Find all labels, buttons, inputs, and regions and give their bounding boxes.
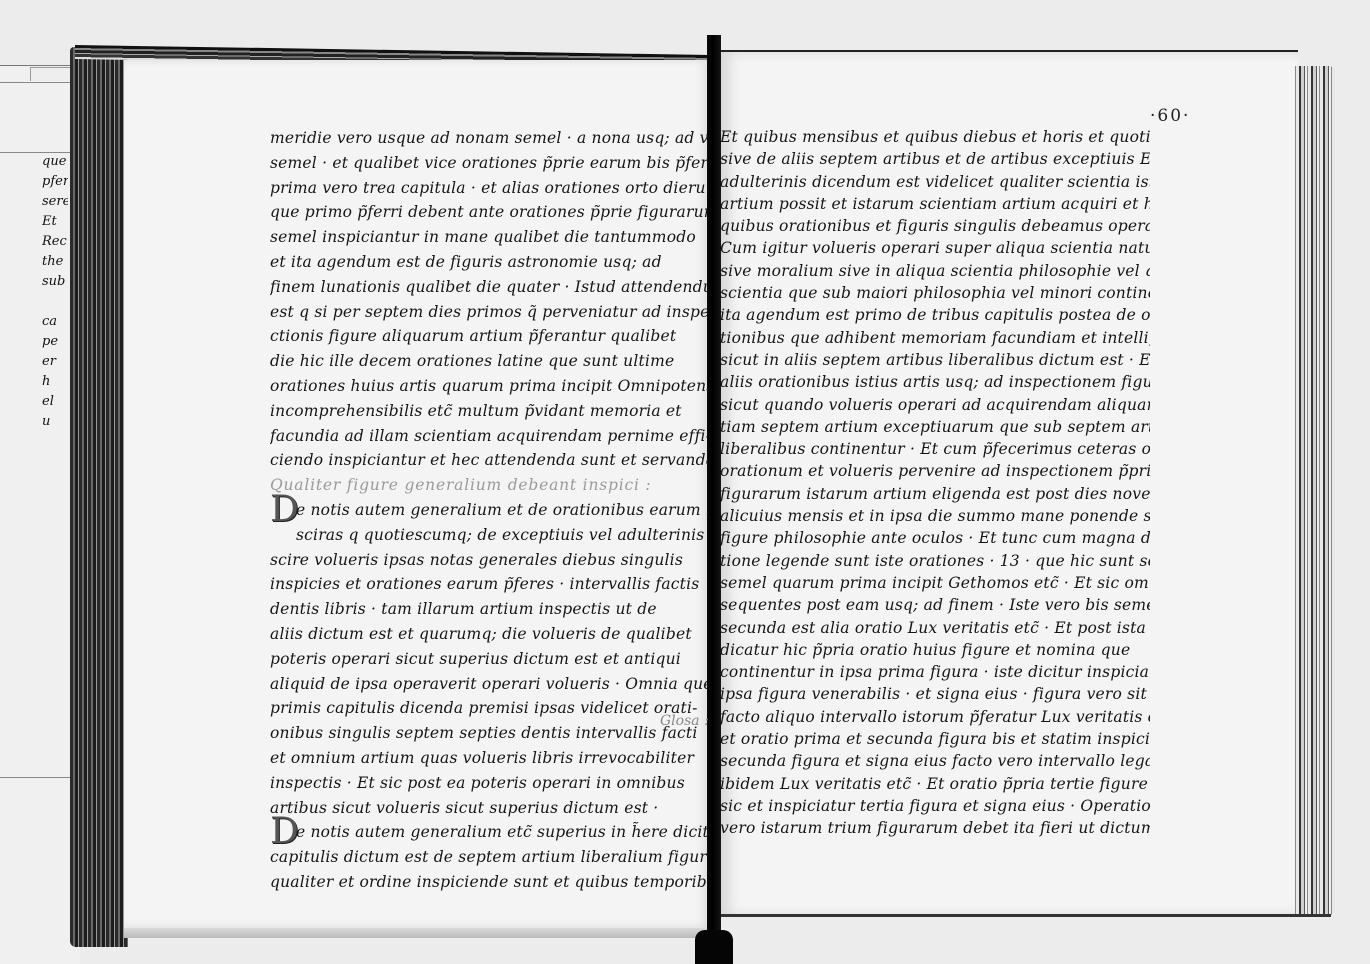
text-line: et ita agendum est de figuris astronomie…: [270, 250, 708, 275]
text-line: facto aliquo intervallo istorum p̃feratu…: [720, 706, 1150, 728]
text-line: ipsa figura venerabilis · et signa eius …: [720, 683, 1150, 705]
rubric-heading: Qualiter figure generalium debeant inspi…: [270, 473, 708, 498]
underlying-folio-rule: [0, 152, 80, 153]
text-line: ibidem Lux veritatis etc̃ · Et oratio p̃…: [720, 773, 1150, 795]
text-line: et oratio prima et secunda figura bis et…: [720, 728, 1150, 750]
underlying-folio: [0, 65, 80, 964]
text-line: primis capitulis dicenda premisi ipsas v…: [270, 696, 708, 721]
text-line: figure philosophie ante oculos · Et tunc…: [720, 527, 1150, 549]
text-line: tione legende sunt iste orationes · 13 ·…: [720, 550, 1150, 572]
text-line: dentis libris · tam illarum artium inspe…: [270, 597, 708, 622]
text-line: onibus singulis septem septies dentis in…: [270, 721, 708, 746]
text-line: est q si per septem dies primos q̃ perve…: [270, 300, 708, 325]
text-line: ciendo inspiciantur et hec attendenda su…: [270, 448, 708, 473]
text-line: meridie vero usque ad nonam semel · a no…: [270, 126, 708, 151]
text-line: De notis autem generalium etc̃ superius …: [270, 820, 708, 845]
right-page-bottom-edge: [721, 914, 1331, 917]
book-gutter-foot: [695, 930, 733, 964]
book-gutter: [707, 35, 721, 940]
decorated-initial: D: [270, 820, 292, 844]
left-page-bottom-edge: [124, 928, 710, 938]
text-line: Cum igitur volueris operari super aliqua…: [720, 237, 1150, 259]
text-line: sicut in aliis septem artibus liberalibu…: [720, 349, 1150, 371]
text-line: die hic ille decem orationes latine que …: [270, 349, 708, 374]
text-line: poteris operari sicut superius dictum es…: [270, 647, 708, 672]
text-line: De notis autem generalium et de orationi…: [270, 498, 708, 523]
text-line: sive moralium sive in aliqua scientia ph…: [720, 260, 1150, 282]
underlying-folio-rule: [0, 82, 80, 83]
left-page-edges: [70, 47, 128, 947]
text-line: capitulis dictum est de septem artium li…: [270, 845, 708, 870]
text-line: scire volueris ipsas notas generales die…: [270, 548, 708, 573]
text-line: liberalibus continentur · Et cum p̃fecer…: [720, 438, 1150, 460]
text-line: semel · et qualibet vice orationes p̃pri…: [270, 151, 708, 176]
text-line: incomprehensibilis etc̃ multum p̃vidant …: [270, 399, 708, 424]
text-line: inspicies et orationes earum p̃feres · i…: [270, 572, 708, 597]
text-line: aliis dictum est et quarumq; die volueri…: [270, 622, 708, 647]
right-page-text: Et quibus mensibus et quibus diebus et h…: [720, 126, 1150, 840]
text-line: ita agendum est primo de tribus capituli…: [720, 304, 1150, 326]
text-line: secunda est alia oratio Lux veritatis et…: [720, 617, 1150, 639]
text-line: que primo p̃ferri debent ante orationes …: [270, 200, 708, 225]
text-line: figurarum istarum artium eligenda est po…: [720, 483, 1150, 505]
text-line: sciras q quotiescumq; de exceptiuis vel …: [270, 523, 708, 548]
text-line: et omnium artium quas volueris libris ir…: [270, 746, 708, 771]
underlying-folio-text: que p pfer sere Et Rec the sub ca pe er …: [42, 152, 68, 432]
folio-number: ·60·: [1150, 106, 1190, 126]
text-line: ctionis figure aliquarum artium p̃ferant…: [270, 324, 708, 349]
text-line: dicatur hic p̃pria oratio huius figure e…: [720, 639, 1150, 661]
text-line: tiam septem artium exceptiuarum que sub …: [720, 416, 1150, 438]
text-line: orationum et volueris pervenire ad inspe…: [720, 460, 1150, 482]
underlying-folio-tab: [30, 67, 72, 81]
text-line: continentur in ipsa prima figura · iste …: [720, 661, 1150, 683]
decorated-initial: D: [270, 498, 292, 522]
text-line: adulterinis dicendum est videlicet quali…: [720, 171, 1150, 193]
text-line: sic et inspiciatur tertia figura et sign…: [720, 795, 1150, 817]
text-line: tionibus que adhibent memoriam facundiam…: [720, 327, 1150, 349]
text-line: orationes huius artis quarum prima incip…: [270, 374, 708, 399]
text-line: sequentes post eam usq; ad finem · Iste …: [720, 594, 1150, 616]
text-line: inspectis · Et sic post ea poteris opera…: [270, 771, 708, 796]
text-line: artium possit et istarum scientiam artiu…: [720, 193, 1150, 215]
text-line: Et quibus mensibus et quibus diebus et h…: [720, 126, 1150, 148]
text-line: sicut quando volueris operari ad acquire…: [720, 394, 1150, 416]
text-line: quibus orationibus et figuris singulis d…: [720, 215, 1150, 237]
text-line: aliis orationibus istius artis usq; ad i…: [720, 371, 1150, 393]
left-page-text: meridie vero usque ad nonam semel · a no…: [270, 126, 708, 895]
text-line: finem lunationis qualibet die quater · I…: [270, 275, 708, 300]
text-line: sive de aliis septem artibus et de artib…: [720, 148, 1150, 170]
text-line: aliquid de ipsa operaverit operari volue…: [270, 672, 708, 697]
text-line: scientia que sub maiori philosophia vel …: [720, 282, 1150, 304]
text-line: artibus sicut volueris sicut superius di…: [270, 796, 708, 821]
text-line: prima vero trea capitula · et alias orat…: [270, 176, 708, 201]
right-page-edges: [1295, 66, 1335, 916]
text-line: semel inspiciantur in mane qualibet die …: [270, 225, 708, 250]
text-line: secunda figura et signa eius facto vero …: [720, 750, 1150, 772]
underlying-folio-rule: [0, 777, 80, 778]
text-line: qualiter et ordine inspiciende sunt et q…: [270, 870, 708, 895]
marginal-gloss: Glosa :: [660, 713, 709, 729]
text-line: facundia ad illam scientiam acquirendam …: [270, 424, 708, 449]
text-line: alicuius mensis et in ipsa die summo man…: [720, 505, 1150, 527]
text-line: semel quarum prima incipit Gethomos etc̃…: [720, 572, 1150, 594]
text-line: vero istarum trium figurarum debet ita f…: [720, 817, 1150, 839]
